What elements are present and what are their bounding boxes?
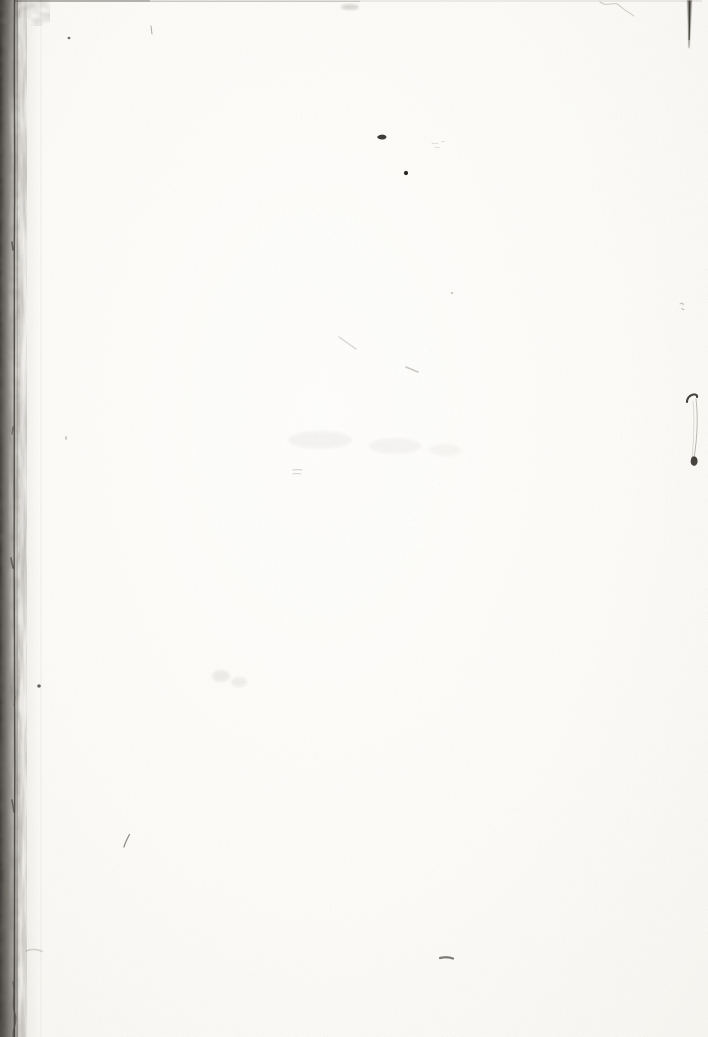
tiny-speck-upper-right — [451, 292, 453, 294]
top-smudge — [341, 4, 359, 10]
mid-left-speck — [65, 436, 67, 440]
edge-dot — [37, 684, 40, 687]
gutter-tick-2 — [12, 427, 13, 434]
bottom-dash — [440, 957, 453, 958]
show-through-smudge-2 — [369, 438, 421, 454]
gutter-tick-1 — [12, 242, 13, 250]
scan-artifact-canvas — [0, 0, 708, 1037]
paper-grain-texture — [0, 0, 708, 1037]
small-speck — [68, 37, 71, 39]
ink-dot — [404, 171, 408, 175]
top-left-corner-grain — [0, 0, 50, 26]
show-through-smudge-1 — [288, 431, 352, 449]
faint-smudge-pair-2 — [231, 677, 247, 687]
faint-smudge-pair-1 — [212, 670, 230, 682]
fiber-end-blob — [691, 456, 698, 465]
show-through-smudge-3 — [429, 444, 461, 456]
gutter-crease-line — [14, 0, 15, 1037]
scanned-page — [0, 0, 708, 1037]
